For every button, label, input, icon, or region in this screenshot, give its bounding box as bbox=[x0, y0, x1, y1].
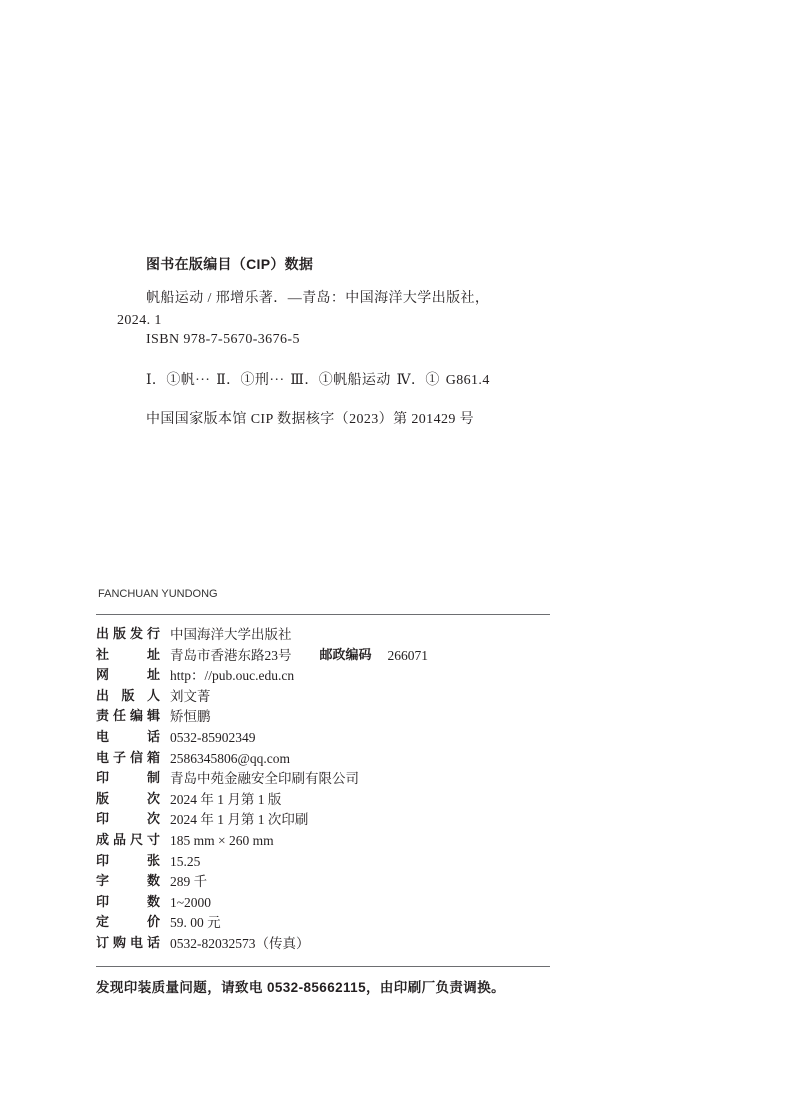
cip-title: 图书在版编目（CIP）数据 bbox=[146, 254, 313, 274]
colophon-label: 成品尺寸 bbox=[96, 831, 160, 852]
colophon-value: 矫恒鹏 bbox=[170, 707, 211, 728]
colophon-row-order-phone: 订购电话 0532-82032573（传真） bbox=[96, 934, 556, 955]
colophon-row-editor: 责任编辑 矫恒鹏 bbox=[96, 707, 556, 728]
colophon-label: 责任编辑 bbox=[96, 707, 160, 728]
colophon-row-publisher: 出版发行 中国海洋大学出版社 bbox=[96, 625, 556, 646]
colophon-label: 印数 bbox=[96, 893, 160, 914]
colophon-value: 59. 00 元 bbox=[170, 913, 221, 934]
cip-date-line: 2024. 1 bbox=[117, 313, 162, 329]
colophon-value: 刘文菁 bbox=[170, 687, 211, 708]
colophon-row-printing: 印次 2024 年 1 月第 1 次印刷 bbox=[96, 810, 556, 831]
colophon-value: 1~2000 bbox=[170, 893, 211, 914]
cip-isbn: ISBN 978-7-5670-3676-5 bbox=[146, 332, 300, 348]
colophon-row-website: 网址 http：//pub.ouc.edu.cn bbox=[96, 666, 556, 687]
quality-notice: 发现印装质量问题，请致电 0532-85662115，由印刷厂负责调换。 bbox=[96, 976, 505, 996]
colophon-row-printer: 印制 青岛中苑金融安全印刷有限公司 bbox=[96, 769, 556, 790]
colophon-row-sheets: 印张 15.25 bbox=[96, 852, 556, 873]
colophon-row-phone: 电话 0532-85902349 bbox=[96, 728, 556, 749]
email-link[interactable]: 2586345806@qq.com bbox=[170, 749, 290, 770]
colophon-label: 定价 bbox=[96, 913, 160, 934]
cip-book-line: 帆船运动 / 邢增乐著．—青岛：中国海洋大学出版社， bbox=[146, 287, 489, 307]
colophon-row-print-run: 印数 1~2000 bbox=[96, 893, 556, 914]
colophon-label: 版次 bbox=[96, 790, 160, 811]
colophon-label: 印制 bbox=[96, 769, 160, 790]
cip-classification: Ⅰ．①帆··· Ⅱ．①刑··· Ⅲ．①帆船运动 Ⅳ．① G861.4 bbox=[146, 369, 490, 389]
divider-top bbox=[96, 614, 550, 615]
pinyin-title: FANCHUAN YUNDONG bbox=[98, 588, 218, 600]
cip-record-number: 中国国家版本馆 CIP 数据核字（2023）第 201429 号 bbox=[146, 408, 474, 428]
colophon-row-address: 社址 青岛市香港东路23号 邮政编码 266071 bbox=[96, 646, 556, 667]
website-link[interactable]: http：//pub.ouc.edu.cn bbox=[170, 666, 294, 687]
colophon-value: 185 mm × 260 mm bbox=[170, 831, 274, 852]
colophon-value: 中国海洋大学出版社 bbox=[170, 625, 292, 646]
postcode-value: 266071 bbox=[388, 646, 429, 667]
postcode-label: 邮政编码 bbox=[320, 646, 372, 667]
colophon-row-email: 电子信箱 2586345806@qq.com bbox=[96, 749, 556, 770]
colophon-value: 2024 年 1 月第 1 次印刷 bbox=[170, 810, 308, 831]
colophon-label: 网址 bbox=[96, 666, 160, 687]
colophon-value: 青岛市香港东路23号 bbox=[170, 646, 292, 667]
colophon-label: 电子信箱 bbox=[96, 749, 160, 770]
colophon-value: 289 千 bbox=[170, 872, 207, 893]
colophon-label: 出版人 bbox=[96, 687, 160, 708]
colophon-value: 2024 年 1 月第 1 版 bbox=[170, 790, 281, 811]
colophon-label: 印次 bbox=[96, 810, 160, 831]
colophon-value: 0532-85902349 bbox=[170, 728, 256, 749]
colophon-row-size: 成品尺寸 185 mm × 260 mm bbox=[96, 831, 556, 852]
colophon-row-edition: 版次 2024 年 1 月第 1 版 bbox=[96, 790, 556, 811]
colophon-label: 订购电话 bbox=[96, 934, 160, 955]
colophon-list: 出版发行 中国海洋大学出版社 社址 青岛市香港东路23号 邮政编码 266071… bbox=[96, 625, 556, 955]
colophon-row-price: 定价 59. 00 元 bbox=[96, 913, 556, 934]
colophon-label: 电话 bbox=[96, 728, 160, 749]
colophon-label: 社址 bbox=[96, 646, 160, 667]
colophon-value: 青岛中苑金融安全印刷有限公司 bbox=[170, 769, 359, 790]
colophon-value: 0532-82032573（传真） bbox=[170, 934, 310, 955]
colophon-value: 15.25 bbox=[170, 852, 200, 873]
divider-bottom bbox=[96, 966, 550, 967]
colophon-row-publisher-person: 出版人 刘文菁 bbox=[96, 687, 556, 708]
colophon-row-wordcount: 字数 289 千 bbox=[96, 872, 556, 893]
colophon-label: 出版发行 bbox=[96, 625, 160, 646]
colophon-label: 印张 bbox=[96, 852, 160, 873]
colophon-label: 字数 bbox=[96, 872, 160, 893]
